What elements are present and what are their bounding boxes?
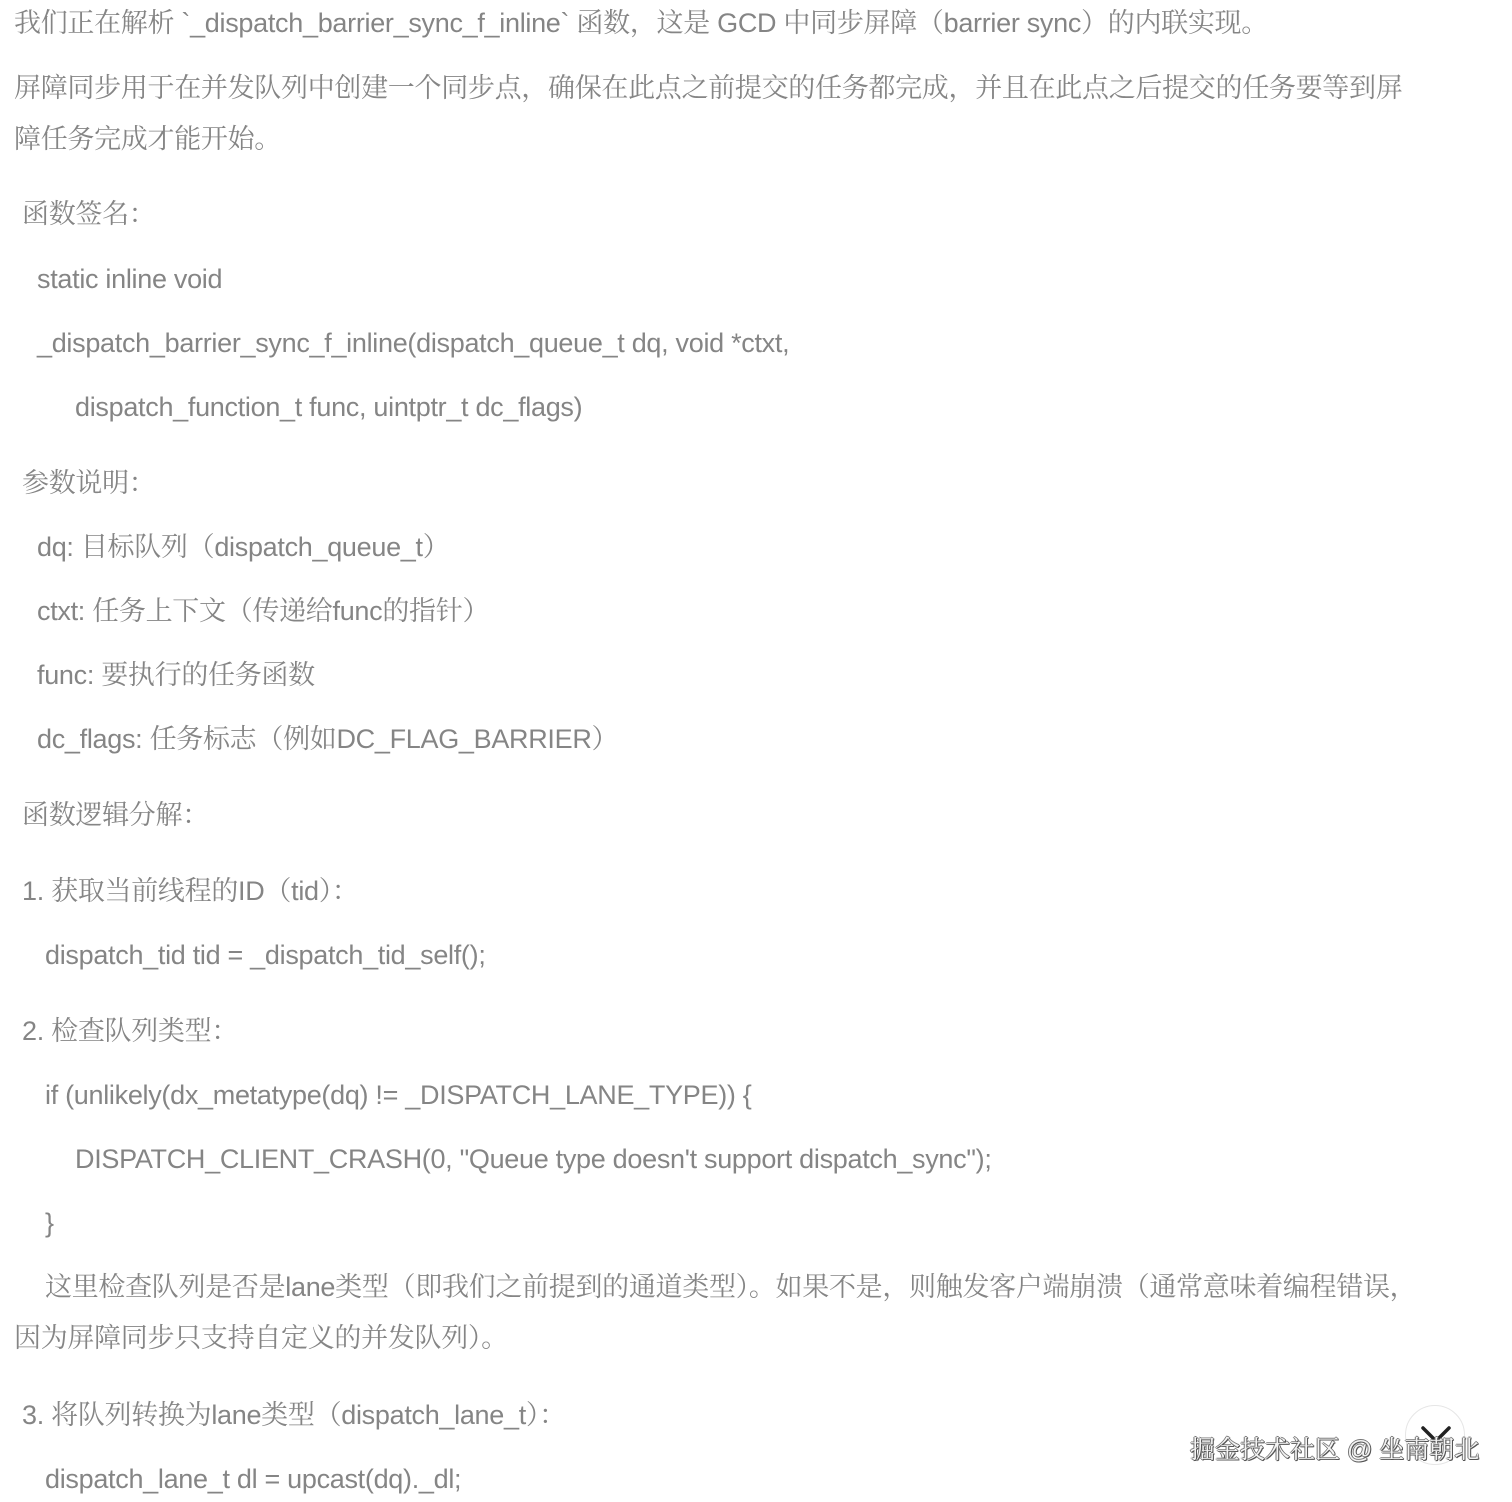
params-heading: 参数说明： — [22, 465, 156, 501]
step-2-code-line-1: if (unlikely(dx_metatype(dq) != _DISPATC… — [45, 1077, 752, 1113]
step-2-note-line-1: 这里检查队列是否是lane类型（即我们之前提到的通道类型）。如果不是，则触发客户… — [45, 1269, 1416, 1305]
watermark: 掘金技术社区 @ 坐南朝北 — [1190, 1432, 1479, 1468]
step-3-heading: 3. 将队列转换为lane类型（dispatch_lane_t）： — [22, 1397, 566, 1433]
step-2-code-line-3: } — [45, 1205, 54, 1241]
step-1-code: dispatch_tid tid = _dispatch_tid_self(); — [45, 937, 486, 973]
signature-code-line-1: static inline void — [37, 261, 222, 297]
description-line-2: 障任务完成才能开始。 — [14, 121, 281, 157]
step-1-heading: 1. 获取当前线程的ID（tid）： — [22, 873, 359, 909]
signature-heading: 函数签名： — [22, 196, 156, 232]
param-dq: dq: 目标队列（dispatch_queue_t） — [37, 529, 449, 565]
step-3-code: dispatch_lane_t dl = upcast(dq)._dl; — [45, 1461, 461, 1497]
param-dc-flags: dc_flags: 任务标志（例如DC_FLAG_BARRIER） — [37, 721, 618, 757]
description-line-1: 屏障同步用于在并发队列中创建一个同步点，确保在此点之前提交的任务都完成，并且在此… — [14, 70, 1402, 106]
signature-code-line-3: dispatch_function_t func, uintptr_t dc_f… — [75, 389, 582, 425]
step-2-note-line-2: 因为屏障同步只支持自定义的并发队列）。 — [14, 1320, 508, 1356]
param-func: func: 要执行的任务函数 — [37, 657, 315, 693]
step-2-code-line-2: DISPATCH_CLIENT_CRASH(0, "Queue type doe… — [75, 1141, 992, 1177]
step-2-heading: 2. 检查队列类型： — [22, 1013, 238, 1049]
param-ctxt: ctxt: 任务上下文（传递给func的指针） — [37, 593, 489, 629]
signature-code-line-2: _dispatch_barrier_sync_f_inline(dispatch… — [37, 325, 789, 361]
logic-heading: 函数逻辑分解： — [22, 797, 209, 833]
intro-paragraph: 我们正在解析 `_dispatch_barrier_sync_f_inline`… — [14, 5, 1268, 41]
